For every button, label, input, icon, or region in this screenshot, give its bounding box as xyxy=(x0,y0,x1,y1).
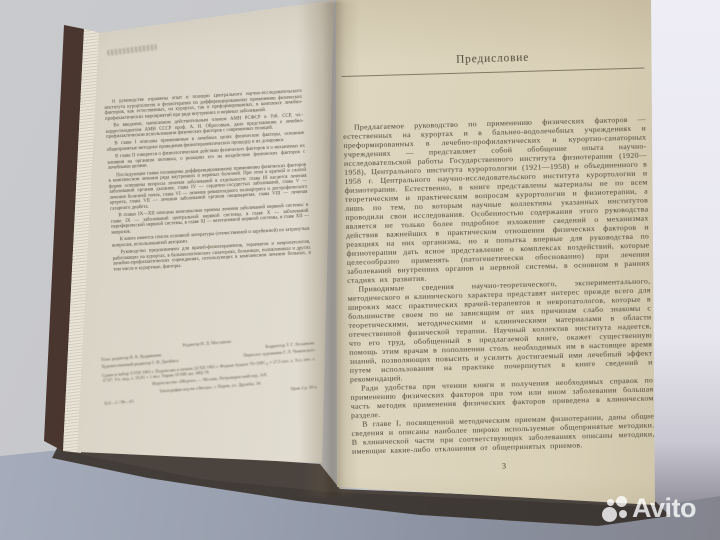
paragraph: Предлагаемое руководство по применению ф… xyxy=(343,115,650,285)
avito-watermark: Avito xyxy=(599,492,717,536)
paragraph: В главе I, посвященной методическим прие… xyxy=(351,411,655,455)
avito-wordmark: Avito xyxy=(632,493,696,524)
heading-rule xyxy=(342,68,645,77)
paragraph: Приводимые сведения научно-теоретическог… xyxy=(347,276,653,383)
preface-section: Предисловие Предлагаемое руководство по … xyxy=(341,49,656,475)
annotation-block: В руководстве отражены опыт и позиции Це… xyxy=(104,89,311,275)
preface-body: Предлагаемое руководство по применению ф… xyxy=(343,115,655,456)
book-listing-photo: В руководстве отражены опыт и позиции Це… xyxy=(0,0,720,540)
